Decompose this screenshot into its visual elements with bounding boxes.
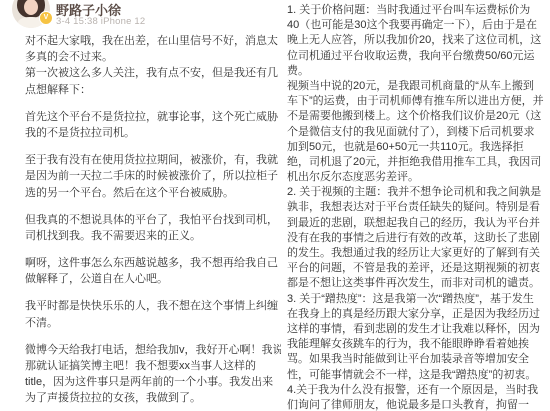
- note-text-line: 2. 关于视频的主题：我并不想争论司机和我之间孰是: [287, 185, 550, 200]
- post-text-line: 对不起大家哦，我在出差，在山里信号不好，消息太: [25, 33, 281, 49]
- post-text-line: 至于我有没有在使用货拉拉期间，被涨价，有，我就: [25, 152, 281, 168]
- post-text-line: 我的不是货拉拉司机。: [25, 125, 281, 141]
- note-text-line: 骂。如果我当时能做到让平台加装录音等增加安全: [287, 352, 550, 367]
- note-text-line: 不是需要他搬到楼上。这个价格我们议价是20元（这: [287, 109, 550, 124]
- post-text-line: 司机找到我。我不需要迟来的正义。: [25, 228, 281, 244]
- post-text-line: [25, 287, 281, 298]
- note-text-line: 4.关于我为什么没有报警，还有一个原因是，当时我: [287, 383, 550, 398]
- post-text-line: 不清。: [25, 315, 281, 331]
- note-text-line: 机出尔反尔态度恶劣差评。: [287, 170, 550, 185]
- post-text-line: [25, 201, 281, 212]
- post-text-line: 为了声援货拉拉的女孩，我做到了。: [25, 390, 281, 406]
- note-text-line: 我能理解女孩跳车的行为，我不能眼睁睁看着她挨: [287, 337, 550, 352]
- post-text-line: 做解释了，公道自在人心吧。: [25, 271, 281, 287]
- post-text-line: title，因为这件事只是两年前的一个小事。我发出来: [25, 374, 281, 390]
- note-text-line: 1. 关于价格问题：当时我通过平台叫车运费标价为: [287, 3, 550, 18]
- clarification-note-column: 1. 关于价格问题：当时我通过平台叫车运费标价为40（也可能是30这个我要再确定…: [287, 3, 550, 411]
- post-text-line: [25, 244, 281, 255]
- note-text-line: 们询问了律师朋友，他说最多是口头教育，拘留一: [287, 398, 550, 411]
- note-text-line: 性，可能事情就会不一样，这是我“蹭热度”的初衷。: [287, 368, 550, 383]
- note-text-line: 个是微信支付的我见面就付了），到楼下后司机要求: [287, 125, 550, 140]
- note-text-line: 没有在我的事情之后进行有效的改革，这助长了悲剧: [287, 231, 550, 246]
- verified-badge-icon: V: [39, 11, 53, 25]
- note-text-line: 3. 关于“蹭热度”：这是我第一次“蹭热度”，基于发生: [287, 292, 550, 307]
- post-header: V 野路子小徐 3-4 15:38 iPhone 12: [0, 0, 281, 33]
- note-text-line: 视频当中说的20元，是我跟司机商量的“从车上搬到: [287, 79, 550, 94]
- note-text-line: 绝，司机退了20元，并拒绝我借用推车工具，我因司: [287, 155, 550, 170]
- note-text-line: 的发生。我想通过我的经历让大家更好的了解到有关: [287, 246, 550, 261]
- note-text-line: 费。: [287, 64, 550, 79]
- post-text-line: [25, 141, 281, 152]
- post-text-line: 我平时都是快快乐乐的人，我不想在这个事情上纠缠: [25, 298, 281, 314]
- post-body-text: 对不起大家哦，我在出差，在山里信号不好，消息太多真的会不过来。第一次被这么多人关…: [25, 33, 281, 407]
- note-text-line: 车下”的运费，由于司机师傅有推车所以进出方便，并: [287, 94, 550, 109]
- post-text-line: 多真的会不过来。: [25, 49, 281, 65]
- post-text-line: [25, 331, 281, 342]
- post-text-line: 但我真的不想说具体的平台了，我怕平台找到司机，: [25, 212, 281, 228]
- note-text-line: 位司机通过平台收取运费，我向平台缴费50/60元运: [287, 49, 550, 64]
- post-text-line: [25, 98, 281, 109]
- post-timestamp: 3-4 15:38 iPhone 12: [56, 16, 145, 27]
- note-text-line: 平台的问题，不管是我的差评，还是这期视频的初衷: [287, 261, 550, 276]
- note-text-line: 晚上无人应答，所以我加价20，找来了这位司机，这: [287, 33, 550, 48]
- post-text-line: 选的另一个平台。然后在这个平台被威胁。: [25, 185, 281, 201]
- post-text-line: 啊呀，这件事怎么东西越说越多，我不想再给我自己: [25, 255, 281, 271]
- weibo-post-column: V 野路子小徐 3-4 15:38 iPhone 12 对不起大家哦，我在出差，…: [0, 0, 281, 411]
- note-text-line: 这样的事情，看到悲剧的发生才让我难以释怀，因为: [287, 322, 550, 337]
- note-text-line: 都是不想让这类事件再次发生，而非对司机的谴责。: [287, 276, 550, 291]
- post-text-line: 是因为前一天拉二手床的时候被涨价了，所以拉柜子: [25, 168, 281, 184]
- note-text-line: 到最近的悲剧，联想起我自己的经历，我认为平台并: [287, 216, 550, 231]
- post-text-line: 点想解释下：: [25, 82, 281, 98]
- weibo-screenshot: V 野路子小徐 3-4 15:38 iPhone 12 对不起大家哦，我在出差，…: [0, 0, 550, 411]
- post-text-line: 首先这个平台不是货拉拉，就事论事，这个死亡威胁: [25, 109, 281, 125]
- post-text-line: 微博今天给我打电话，想给我加v，我好开心啊！我说: [25, 342, 281, 358]
- post-text-line: 第一次被这么多人关注，我有点不安，但是我还有几: [25, 65, 281, 81]
- note-text-line: 孰非，我想表达对于平台责任缺失的疑问。特别是看: [287, 200, 550, 215]
- post-text-line: 那就认证搞笑博主吧！我不想要xx当事人这样的: [25, 358, 281, 374]
- note-text-line: 在我身上的真是经历跟大家分享，正是因为我经历过: [287, 307, 550, 322]
- note-text-line: 加到50元，也就是60+50元一共110元。我选择拒: [287, 140, 550, 155]
- note-text-line: 40（也可能是30这个我要再确定一下），后由于是在: [287, 18, 550, 33]
